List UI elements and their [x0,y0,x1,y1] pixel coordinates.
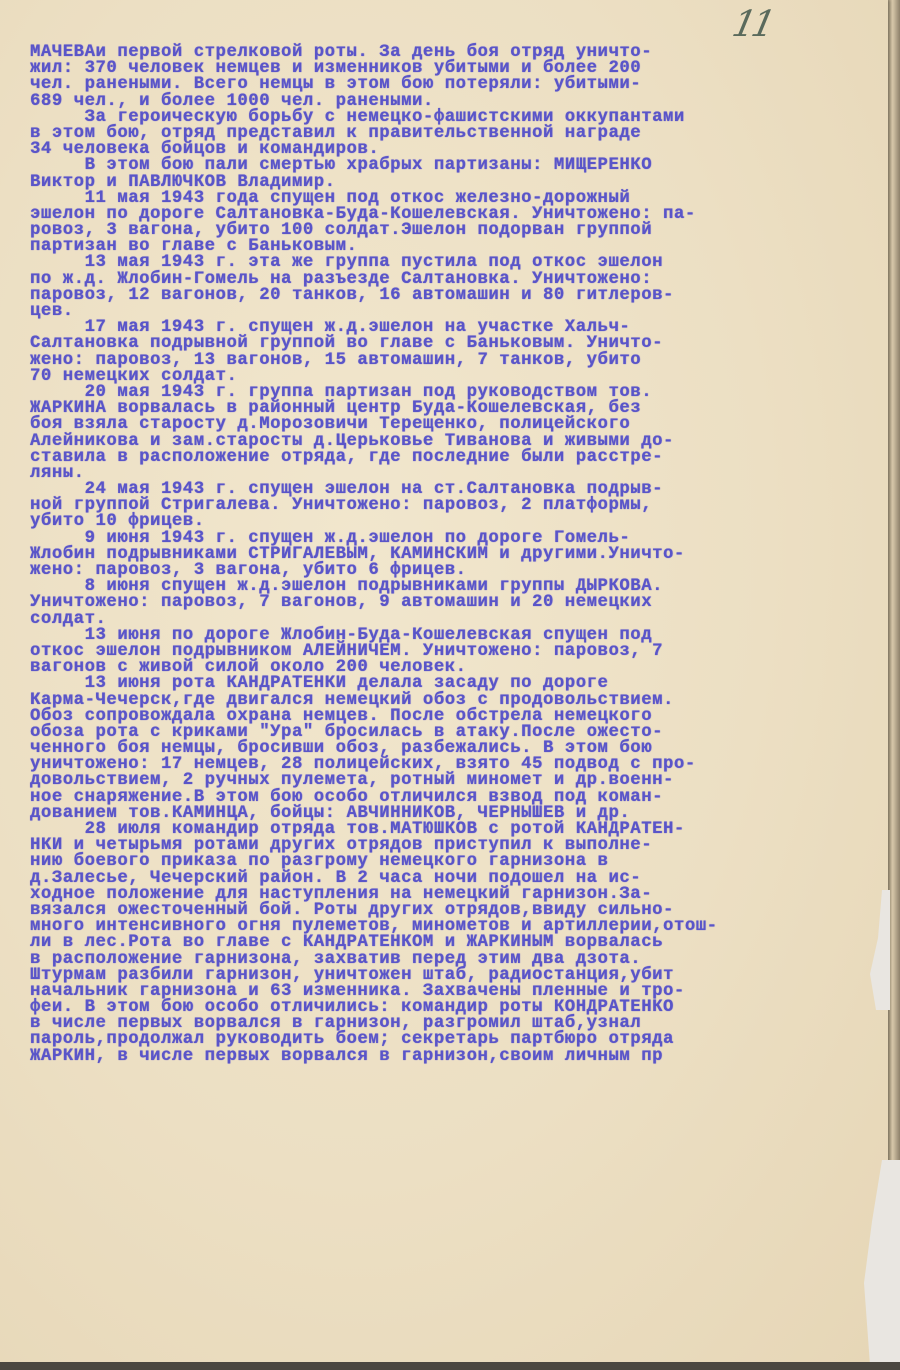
paragraph: 24 мая 1943 г. спущен эшелон на ст.Салта… [30,482,880,531]
typewritten-text: МАЧЕВАи первой стрелковой роты. За день … [30,45,880,1065]
paragraph: МАЧЕВАи первой стрелковой роты. За день … [30,45,880,110]
document-page: 11 МАЧЕВАи первой стрелковой роты. За де… [0,0,888,1362]
paragraph: 28 июля командир отряда тов.МАТЮШКОВ с р… [30,822,880,1065]
text-line: Уничтожено: паровоз, 7 вагонов, 9 автома… [30,595,880,611]
paragraph: 13 мая 1943 г. эта же группа пустила под… [30,255,880,320]
text-line: ставила в расположение отряда, где после… [30,450,880,466]
paragraph: 9 июня 1943 г. спущен ж.д.эшелон по доро… [30,531,880,580]
paragraph: В этом бою пали смертью храбрых партизан… [30,158,880,190]
paragraph: 11 мая 1943 года спущен под откос железн… [30,191,880,256]
text-line: ЖАРКИН, в числе первых ворвался в гарниз… [30,1049,880,1065]
paragraph: 8 июня спущен ж.д.эшелон подрывниками гр… [30,579,880,628]
paragraph: За героическую борьбу с немецко-фашистск… [30,110,880,159]
scan-bottom-edge [0,1362,900,1370]
paragraph: 17 мая 1943 г. спущен ж.д.эшелон на учас… [30,320,880,385]
paragraph: 13 июня рота КАНДРАТЕНКИ делала засаду п… [30,676,880,822]
paragraph: 20 мая 1943 г. группа партизан под руков… [30,385,880,482]
text-line: паровоз, 12 вагонов, 20 танков, 16 автом… [30,288,880,304]
paragraph: 13 июня по дороге Жлобин-Буда-Кошелевска… [30,628,880,677]
page-number: 11 [729,4,776,45]
